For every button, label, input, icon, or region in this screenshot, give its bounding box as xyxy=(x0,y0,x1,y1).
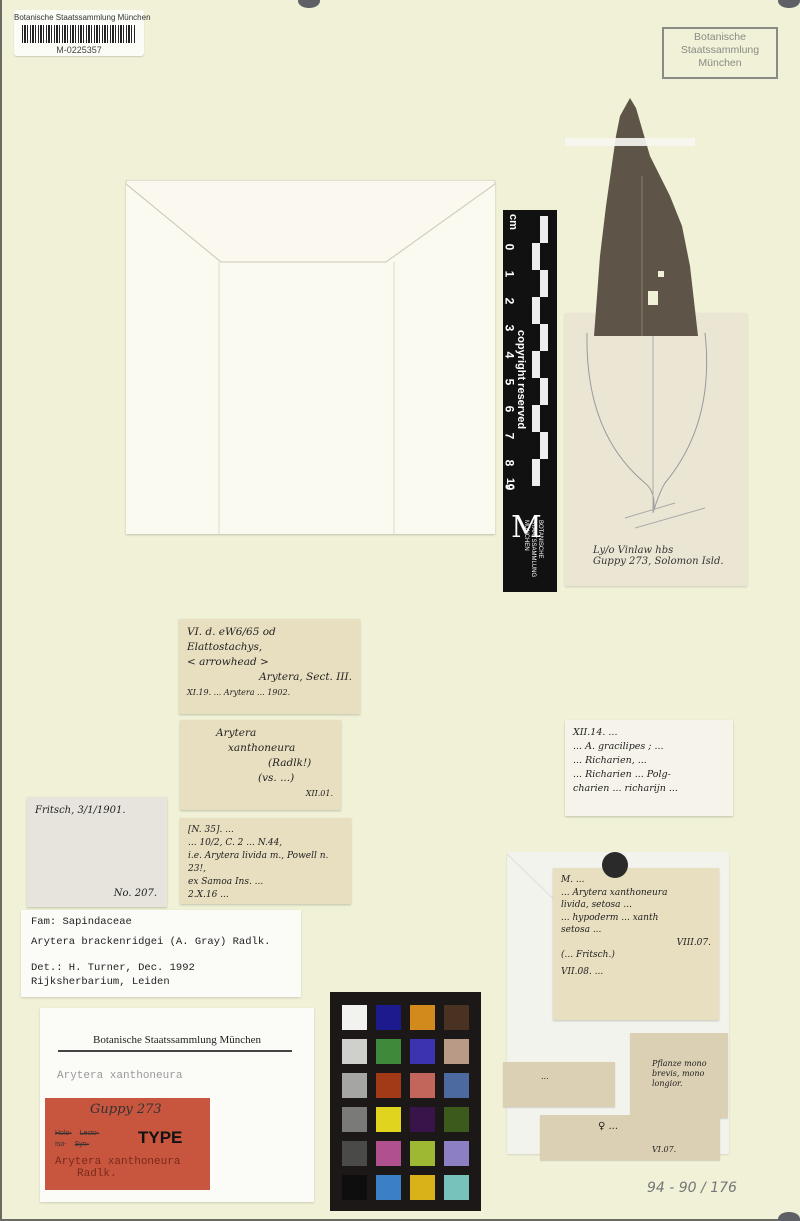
stamp-line: Staatssammlung xyxy=(664,44,776,57)
type-option: Syn- xyxy=(75,1141,89,1148)
drawing-caption: Ly/o Vinlaw hbs Guppy 273, Solomon Isld. xyxy=(593,545,724,567)
color-swatch xyxy=(410,1175,435,1200)
pin-head-icon xyxy=(602,852,628,878)
label-line: ... 10/2, C. 2 ... N.44, xyxy=(188,837,343,850)
accession-number: 94 - 90 / 176 xyxy=(647,1180,737,1196)
label-line: VIII.07. xyxy=(561,937,711,950)
color-swatch xyxy=(410,1141,435,1166)
handwritten-label-2: Arytera xanthoneura (Radlk!) (vs. ...) X… xyxy=(180,720,341,810)
label-line: ... Richarien, ... xyxy=(573,754,725,768)
header-rule xyxy=(58,1050,292,1052)
color-swatch xyxy=(376,1141,401,1166)
collector-number: No. 207. xyxy=(114,886,157,901)
color-swatch xyxy=(444,1005,469,1030)
copyright-text: copyright reserved xyxy=(515,330,527,429)
color-swatch xyxy=(342,1005,367,1030)
color-swatch xyxy=(342,1039,367,1064)
scale-tick-label: 10 xyxy=(504,478,516,490)
mounting-pin-icon xyxy=(778,1212,800,1221)
barcode-number: M-0225357 xyxy=(14,45,144,55)
label-line: (vs. ...) xyxy=(188,771,333,786)
color-swatch xyxy=(342,1175,367,1200)
label-line: xanthoneura xyxy=(188,741,333,756)
leaf-drawing-sheet: Ly/o Vinlaw hbs Guppy 273, Solomon Isld. xyxy=(565,313,747,586)
type-word: TYPE xyxy=(138,1128,182,1148)
collector-number: Guppy 273 xyxy=(90,1102,162,1117)
stamp-line: München xyxy=(664,57,776,70)
label-line: VI. d. eW6/65 od xyxy=(187,625,352,640)
label-line: < arrowhead > xyxy=(187,655,352,670)
envelope-flap-icon xyxy=(126,180,495,534)
handwritten-label-3: [N. 35]. ... ... 10/2, C. 2 ... N.44, i.… xyxy=(180,818,351,904)
label-line: ... hypoderm ... xanth xyxy=(561,912,711,925)
color-swatch xyxy=(376,1175,401,1200)
color-swatch xyxy=(376,1039,401,1064)
scale-ticks xyxy=(532,216,548,486)
color-swatch xyxy=(410,1039,435,1064)
leaf-sketch-icon xyxy=(565,313,747,543)
collector-date: Fritsch, 3/1/1901. xyxy=(35,803,159,818)
label-line: [N. 35]. ... xyxy=(188,824,343,837)
strip-text: ... xyxy=(541,1072,549,1081)
color-swatch xyxy=(444,1039,469,1064)
label-line: charien ... richarijn ... xyxy=(573,782,725,796)
scale-tick-label: 2 xyxy=(502,298,516,305)
scale-institution-line: STAATSSAMMLUNG xyxy=(529,520,536,577)
label-line: Elattostachys, xyxy=(187,640,352,655)
label-line: Arytera, Sect. III. xyxy=(187,670,352,685)
scale-institution-line: BOTANISCHE xyxy=(536,520,543,577)
handwritten-label-right: XII.14. ... ... A. gracilipes ; ... ... … xyxy=(565,720,733,816)
color-calibration-chart xyxy=(330,992,481,1211)
mounting-tape xyxy=(565,138,695,146)
label-line: (Radlk!) xyxy=(188,756,333,771)
scale-tick-label: 8 xyxy=(502,460,516,467)
label-line: Arytera xyxy=(188,726,333,741)
folded-strip-3: ♀ ... VI.07. xyxy=(540,1115,720,1160)
strip-text: Pflanze mono brevis, mono longior. xyxy=(652,1059,707,1089)
taxon-name: Arytera brackenridgei (A. Gray) Radlk. xyxy=(31,936,291,948)
color-swatch xyxy=(342,1107,367,1132)
type-name: Arytera xanthoneura Radlk. xyxy=(55,1156,180,1180)
label-line: ... A. gracilipes ; ... xyxy=(573,740,725,754)
color-swatch xyxy=(444,1073,469,1098)
color-swatch xyxy=(444,1141,469,1166)
type-options: Holo- Lecto- Iso- Syn- xyxy=(55,1128,99,1150)
label-line: setosa ... xyxy=(561,924,711,937)
label-line: livida, setosa ... xyxy=(561,899,711,912)
color-swatch xyxy=(376,1107,401,1132)
mounting-pin-icon xyxy=(778,0,800,8)
color-swatch xyxy=(342,1141,367,1166)
folded-strip-2: Pflanze mono brevis, mono longior. xyxy=(630,1033,728,1118)
color-swatch xyxy=(376,1005,401,1030)
type-option: Iso- xyxy=(55,1141,67,1148)
color-swatch xyxy=(444,1107,469,1132)
color-swatch xyxy=(376,1073,401,1098)
type-card-species: Arytera xanthoneura xyxy=(57,1070,182,1082)
strip-line: brevis, mono xyxy=(652,1069,707,1079)
label-line: (... Fritsch.) xyxy=(561,949,711,962)
determiner-institution: Rijksherbarium, Leiden xyxy=(31,976,291,988)
envelope-label: M. ... ... Arytera xanthoneura livida, s… xyxy=(553,868,719,1020)
scale-institution: BOTANISCHE STAATSSAMMLUNG MÜNCHEN xyxy=(522,520,543,577)
mounting-pin-icon xyxy=(298,0,320,8)
type-label: Guppy 273 Holo- Lecto- Iso- Syn- TYPE Ar… xyxy=(45,1098,210,1190)
scale-tick-label: 0 xyxy=(502,244,516,251)
label-line: XII.01. xyxy=(188,786,333,801)
scale-tick-label: 1 xyxy=(502,271,516,278)
strip-line: Pflanze mono xyxy=(652,1059,707,1069)
scale-tick-label: 7 xyxy=(502,433,516,440)
herbarium-sheet: Botanische Staatssammlung München M-0225… xyxy=(2,0,800,1219)
type-name-line: Radlk. xyxy=(55,1168,180,1180)
label-line: XII.14. ... xyxy=(573,726,725,740)
dried-leaf-specimen xyxy=(590,96,700,341)
label-line: ... Richarien ... Polg- xyxy=(573,768,725,782)
barcode-institution: Botanische Staatssammlung München xyxy=(14,13,144,22)
barcode-icon xyxy=(22,25,136,43)
type-card-header: Botanische Staatssammlung München xyxy=(40,1034,314,1046)
type-option: Lecto- xyxy=(80,1130,99,1137)
determiner: Det.: H. Turner, Dec. 1992 xyxy=(31,962,291,974)
label-line: XI.19. ... Arytera ... 1902. xyxy=(187,685,352,700)
barcode-label: Botanische Staatssammlung München M-0225… xyxy=(14,10,144,56)
stamp-line: Botanische xyxy=(664,31,776,44)
scale-bar: cm 0 1 2 3 4 5 6 7 8 9 10 copyright rese… xyxy=(503,210,557,592)
color-swatch xyxy=(444,1175,469,1200)
strip-line: longior. xyxy=(652,1079,707,1089)
scale-institution-line: MÜNCHEN xyxy=(522,520,529,577)
type-name-line: Arytera xanthoneura xyxy=(55,1156,180,1168)
label-line: i.e. Arytera livida m., Powell n. 23!, xyxy=(188,850,343,876)
strip-date: VI.07. xyxy=(652,1145,676,1154)
color-swatch xyxy=(410,1005,435,1030)
strip-text: ♀ ... xyxy=(598,1121,618,1132)
label-line: M. ... xyxy=(561,874,711,887)
institution-stamp: Botanische Staatssammlung München xyxy=(662,27,778,79)
color-swatch xyxy=(342,1073,367,1098)
scale-unit: cm xyxy=(507,214,519,230)
handwritten-label-1: VI. d. eW6/65 od Elattostachys, < arrowh… xyxy=(179,619,360,714)
type-card: Botanische Staatssammlung München Aryter… xyxy=(40,1008,314,1202)
label-line: ex Samoa Ins. ... xyxy=(188,876,343,889)
color-swatch xyxy=(410,1107,435,1132)
color-swatch xyxy=(410,1073,435,1098)
type-option: Holo- xyxy=(55,1130,72,1137)
caption-line: Ly/o Vinlaw hbs xyxy=(593,545,724,556)
fragment-envelope xyxy=(126,180,495,534)
family-name: Fam: Sapindaceae xyxy=(31,916,291,928)
fritsch-label: Fritsch, 3/1/1901. No. 207. xyxy=(27,797,167,907)
label-line: VII.08. ... xyxy=(561,966,711,979)
folded-strip-1: ... xyxy=(503,1062,615,1107)
label-line: ... Arytera xanthoneura xyxy=(561,887,711,900)
label-line: 2.X.16 ... xyxy=(188,889,343,902)
caption-line: Guppy 273, Solomon Isld. xyxy=(593,556,724,567)
determination-slip: Fam: Sapindaceae Arytera brackenridgei (… xyxy=(21,910,301,997)
